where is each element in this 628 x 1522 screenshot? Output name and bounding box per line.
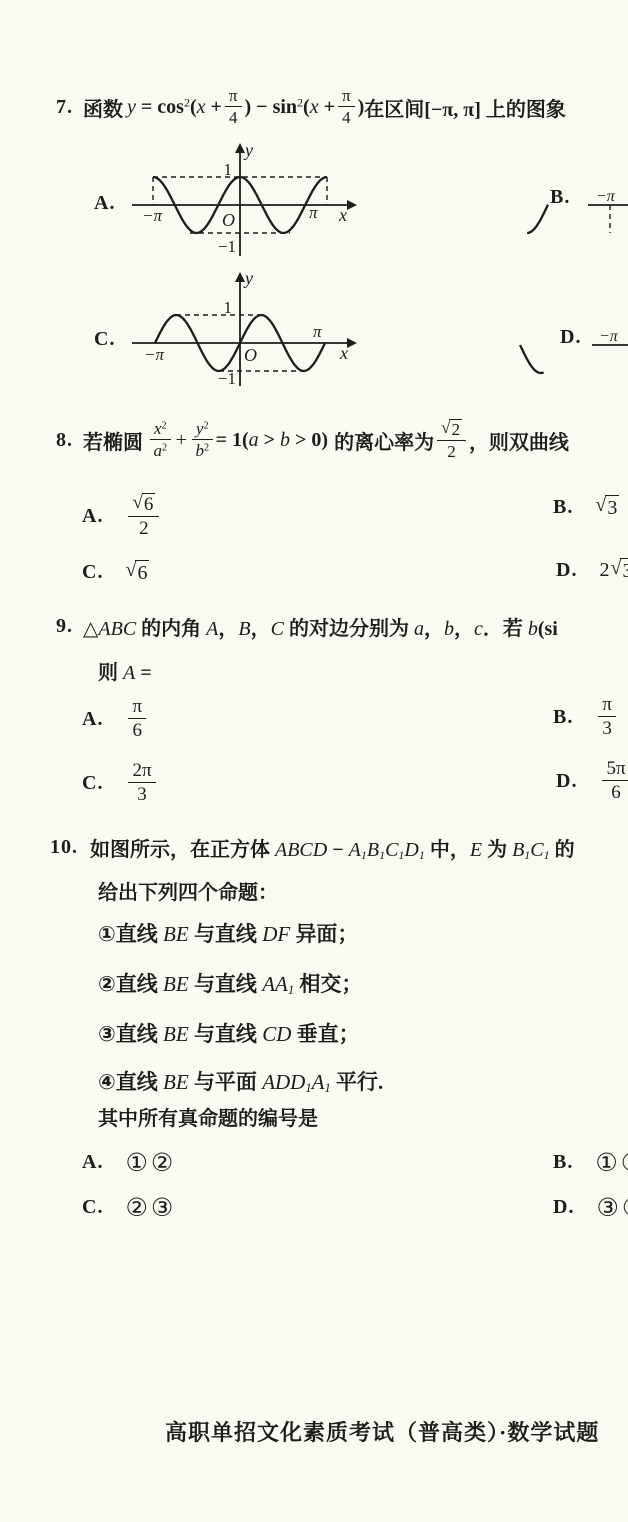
q10-proposition-3: ③直线 BE 与直线 CD 垂直； — [98, 1016, 360, 1050]
q7-option-d-label: D. — [560, 326, 581, 349]
q8-option-b-value: √3 — [595, 495, 619, 520]
q8-option-a-value: √6 2 — [128, 492, 159, 541]
q7-tail-text: 在区间[−π, π] 上的图象 — [364, 93, 566, 122]
q10-line2: 给出下列四个命题： — [98, 874, 278, 906]
question-7-stem: 7. 函数 y = cos2(x + π 4 ) − sin2(x + π 4 … — [56, 76, 566, 138]
y-axis-arrow — [235, 143, 245, 153]
q10-line3: 其中所有真命题的编号是 — [98, 1100, 318, 1132]
q10-option-a: A. ①② — [82, 1146, 176, 1178]
q9-option-d-value: 5π 6 — [602, 758, 628, 804]
q10-line1: 如图所示，在正方体 ABCD − A1B1C1D1 中，E 为 B1C1 的 — [90, 833, 575, 862]
q9-option-b-value: π 3 — [598, 694, 616, 740]
q10-option-c: C. ②③ — [82, 1191, 176, 1223]
q7-option-a-label: A. — [94, 192, 115, 215]
q8-option-c: C. √6 — [82, 554, 149, 590]
q10-option-b: B. ①③ — [553, 1146, 628, 1178]
q9-option-c-value: 2π 3 — [128, 760, 155, 806]
tick-1: 1 — [224, 160, 233, 179]
q10-option-a-key: A. — [82, 1151, 103, 1174]
q9-option-a: A. π 6 — [82, 688, 149, 750]
question-10-stem: 10. 如图所示，在正方体 ABCD − A1B1C1D1 中，E 为 B1C1… — [50, 830, 575, 864]
q7-figure-d-fragment: −π — [592, 318, 628, 398]
y-axis-label: y — [243, 268, 253, 288]
q10-proposition-2: ②直线 BE 与直线 AA1 相交； — [98, 966, 362, 1000]
x-axis-arrow — [347, 338, 357, 348]
q10-option-d-value: ③④ — [596, 1193, 628, 1222]
wave-curve-fragment — [527, 205, 548, 233]
q9-option-d: D. 5π 6 — [556, 750, 628, 812]
q7-fraction-pi-4-b: π 4 — [338, 86, 355, 127]
wave-curve-fragment — [520, 345, 544, 373]
q7-figure-b-fragment: −π — [588, 178, 628, 242]
q10-option-c-key: C. — [82, 1196, 103, 1219]
q10-option-b-key: B. — [553, 1151, 573, 1174]
q9-option-c: C. 2π 3 — [82, 752, 159, 814]
q7-option-b-label: B. — [550, 186, 570, 209]
tick-pi: π — [309, 203, 318, 222]
q9-line2: 则 A = — [98, 654, 152, 686]
q8-option-c-key: C. — [82, 561, 103, 584]
q8-math-part1: = 1(a > b > 0) — [216, 429, 329, 452]
footer-title: 高职单招文化素质考试（普高类）·数学试题 — [165, 1416, 599, 1447]
question-9-number: 9. — [56, 615, 73, 638]
q8-option-b: B. √3 — [553, 490, 619, 524]
q7-figure-a: y 1 −π O π x −1 — [130, 142, 362, 260]
q8-option-c-value: √6 — [125, 560, 149, 585]
q8-option-b-key: B. — [553, 496, 573, 519]
q10-option-d: D. ③④ — [553, 1191, 628, 1223]
q8-option-a: A. √6 2 — [82, 486, 162, 546]
question-10-number: 10. — [50, 836, 78, 859]
q8-option-a-key: A. — [82, 505, 103, 528]
q8-fraction-y2-b2: y2 b2 — [192, 419, 213, 460]
question-7-number: 7. — [56, 96, 73, 119]
origin-label: O — [244, 345, 257, 365]
q8-fraction-x2-a2: x2 a2 — [150, 419, 171, 460]
q9-option-a-key: A. — [82, 708, 103, 731]
q10-option-d-key: D. — [553, 1196, 574, 1219]
tick-neg-1: −1 — [218, 369, 236, 388]
q7-fraction-pi-4-a: π 4 — [225, 86, 242, 127]
x-axis-arrow — [347, 200, 357, 210]
q8-option-d: D. 2 √3 — [556, 552, 628, 588]
tick-1: 1 — [224, 298, 233, 317]
q8-tail-text: ，则双曲线 — [469, 426, 569, 455]
sqrt-6: √6 — [132, 493, 155, 517]
question-9-stem: 9. △ABC 的内角 A，B，C 的对边分别为 a，b，c．若 b(si — [56, 608, 558, 644]
q8-option-d-value: √3 — [610, 558, 628, 583]
q8-option-d-coefficient: 2 — [599, 559, 609, 582]
y-axis-arrow — [235, 272, 245, 282]
q10-option-a-value: ①② — [125, 1148, 176, 1177]
x-axis-label: x — [338, 205, 347, 225]
q8-plus-sign: + — [176, 429, 187, 452]
q9-option-b-key: B. — [553, 706, 573, 729]
tick-neg-pi: −π — [144, 345, 164, 364]
q9-option-d-key: D. — [556, 770, 577, 793]
q7-option-c-label: C. — [94, 328, 115, 351]
origin-label: O — [222, 210, 235, 230]
q8-option-d-key: D. — [556, 559, 577, 582]
q7-figure-c: y 1 −π O π x −1 — [130, 270, 362, 390]
tick-pi: π — [313, 322, 322, 341]
q9-option-c-key: C. — [82, 772, 103, 795]
tick-neg-pi: −π — [142, 206, 162, 225]
question-8-stem: 8. 若椭圆 x2 a2 + y2 b2 = 1(a > b > 0) 的离心率… — [56, 404, 569, 476]
q10-option-c-value: ②③ — [125, 1193, 176, 1222]
q8-eccentricity-fraction: √2 2 — [437, 418, 466, 462]
q8-mid-text: 的离心率为 — [334, 426, 434, 455]
question-8-lead: 若椭圆 — [83, 426, 143, 455]
tick-neg-pi: −π — [599, 328, 619, 345]
q7-math-part2: ) − sin2(x + — [245, 96, 336, 119]
q10-proposition-1: ①直线 BE 与直线 DF 异面； — [98, 916, 358, 950]
y-axis-label: y — [243, 140, 253, 160]
q7-math-part1: y = cos2(x + — [127, 96, 222, 119]
q10-option-b-value: ①③ — [595, 1148, 628, 1177]
q9-option-a-value: π 6 — [128, 696, 146, 742]
q9-option-b: B. π 3 — [553, 686, 619, 748]
question-8-number: 8. — [56, 429, 73, 452]
sqrt-2: √2 — [441, 419, 462, 440]
q7-math-part3: ) — [358, 96, 365, 119]
x-axis-label: x — [339, 343, 348, 363]
exam-paper-page: 7. 函数 y = cos2(x + π 4 ) − sin2(x + π 4 … — [0, 0, 628, 1522]
q10-proposition-4: ④直线 BE 与平面 ADD1A1 平行. — [98, 1064, 383, 1098]
q9-line1: △ABC 的内角 A，B，C 的对边分别为 a，b，c．若 b(si — [83, 612, 558, 641]
question-7-lead: 函数 — [83, 93, 123, 122]
tick-neg-pi: −π — [596, 188, 616, 205]
tick-neg-1: −1 — [218, 237, 236, 256]
